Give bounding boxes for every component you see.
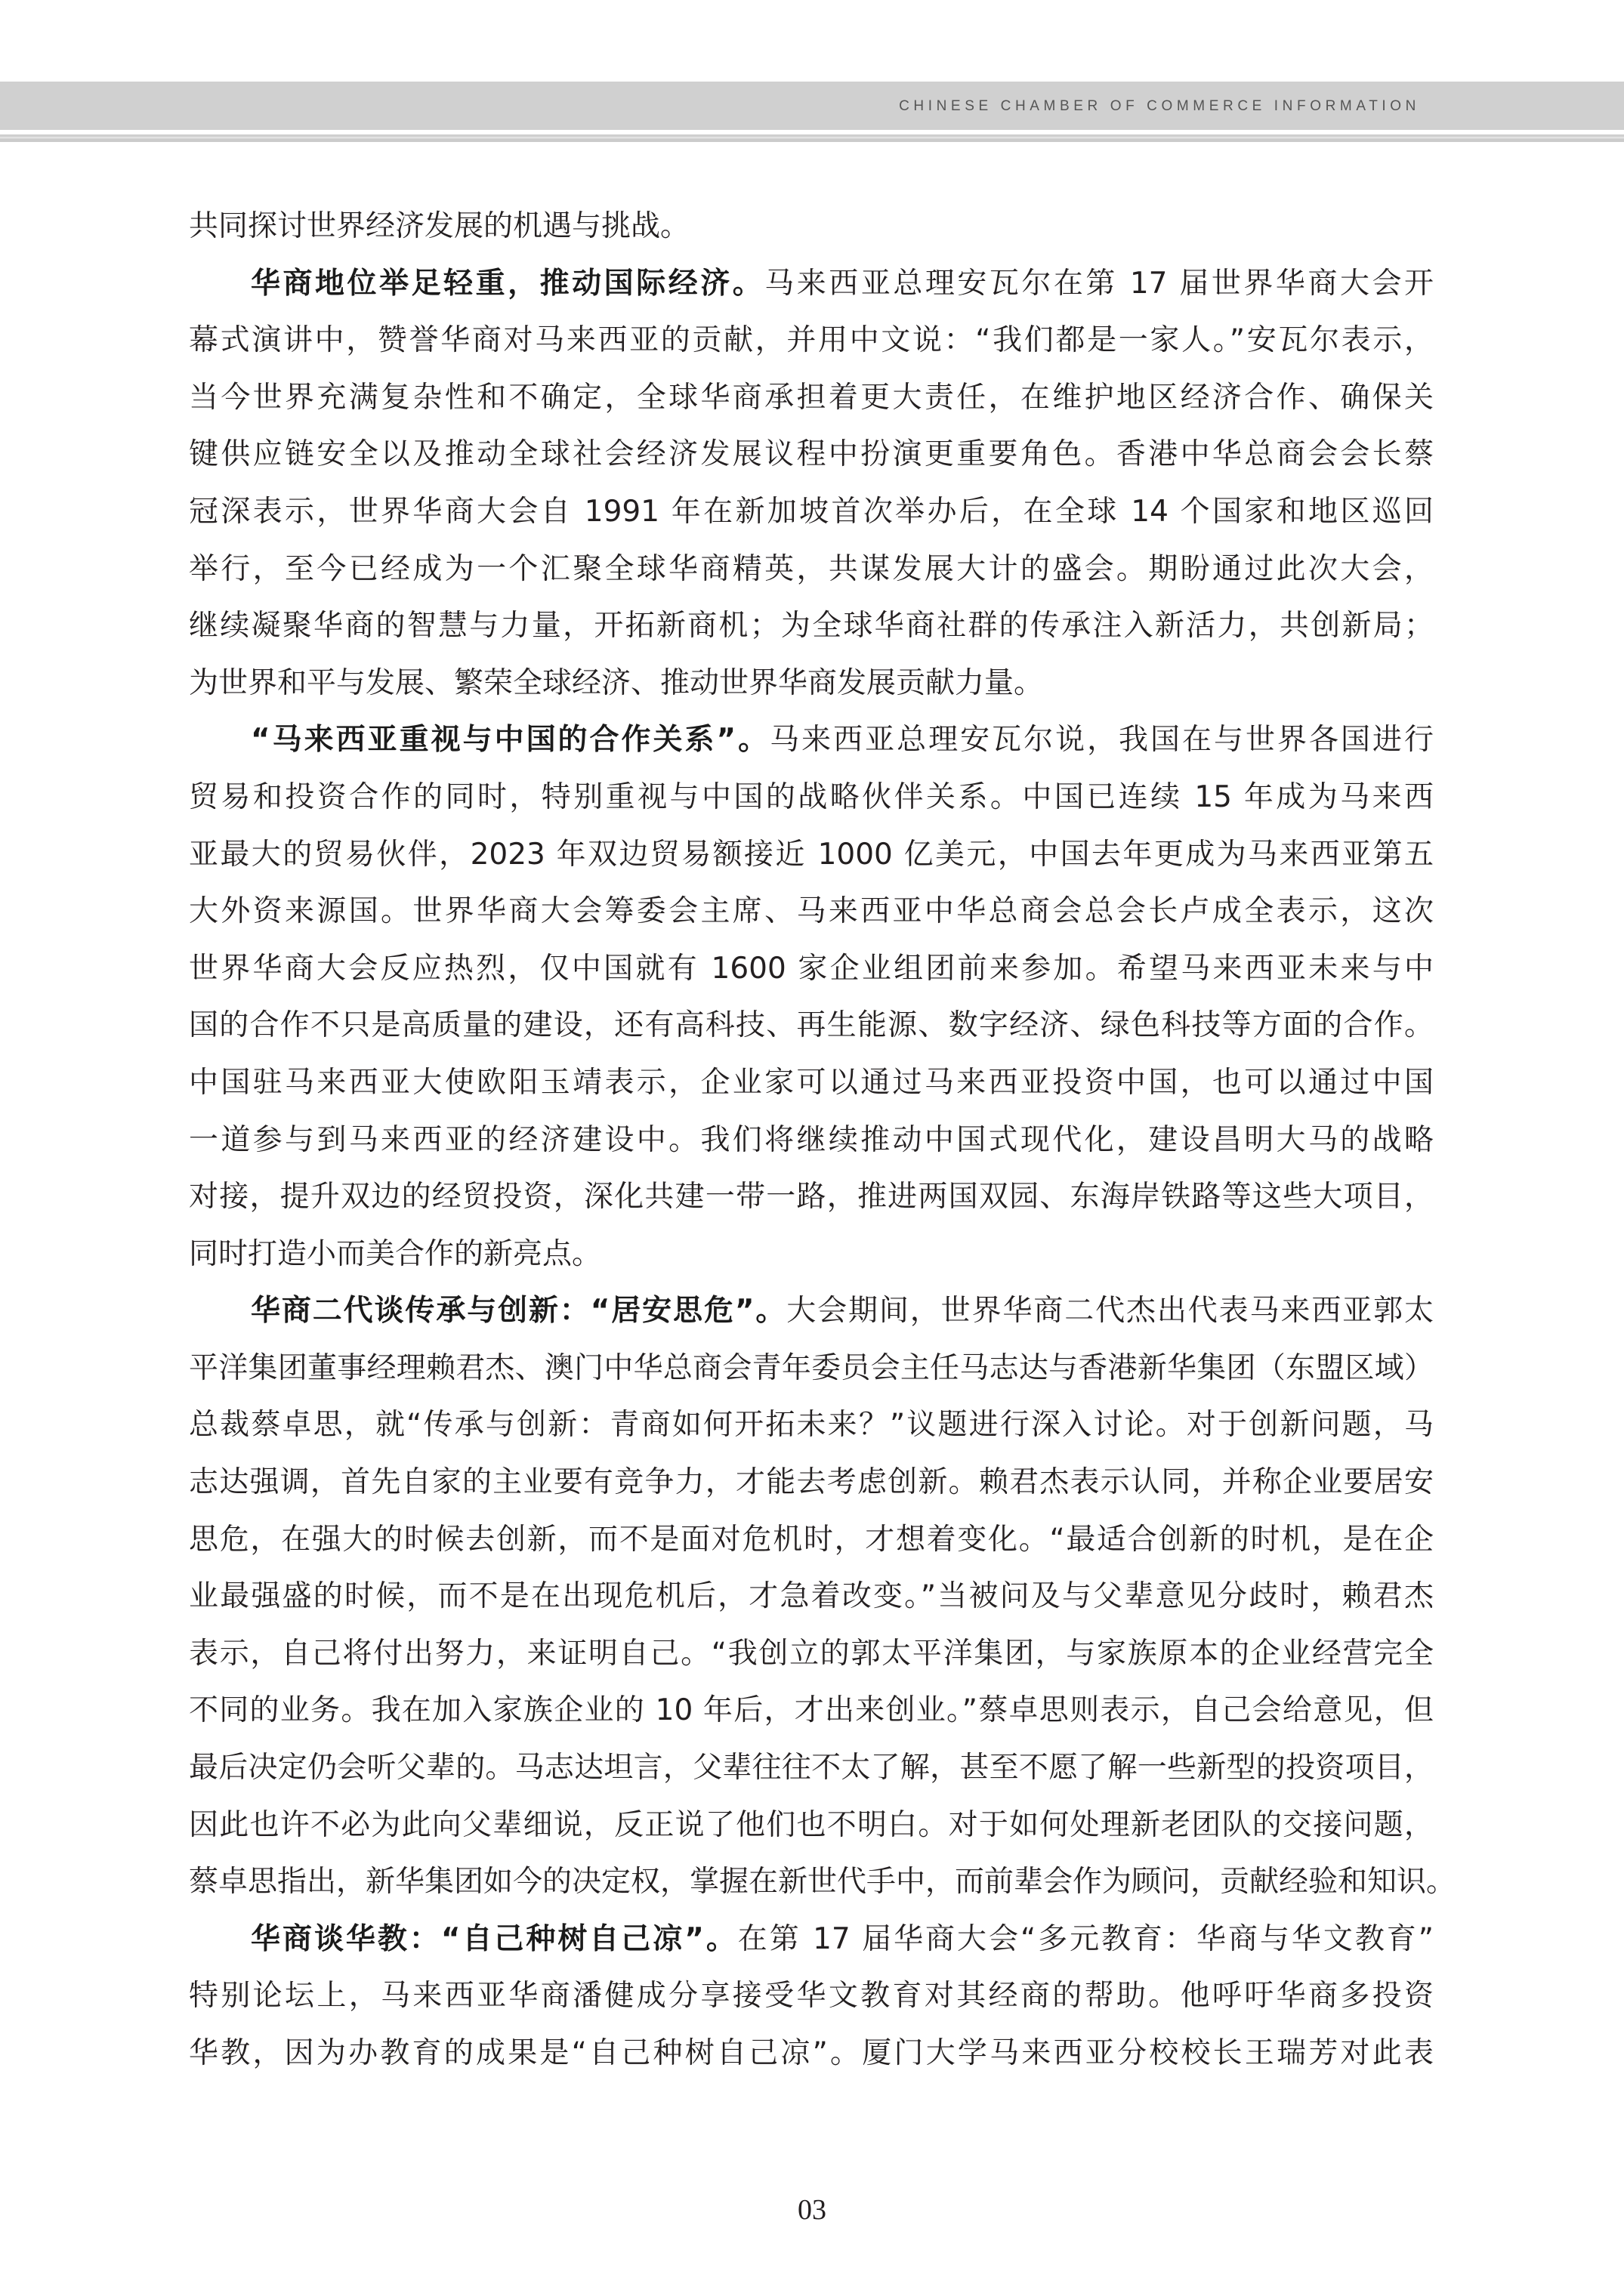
text-line: 为世界和平与发展、繁荣全球经济、推动世界华商发展贡献力量。 bbox=[189, 655, 1434, 712]
paragraph-lead-heading: “马来西亚重视与中国的合作关系”。 bbox=[251, 723, 770, 757]
text-line: 中国驻马来西亚大使欧阳玉靖表示，企业家可以通过马来西亚投资中国，也可以通过中国 bbox=[189, 1054, 1434, 1112]
article-body: 共同探讨世界经济发展的机遇与挑战。 华商地位举足轻重，推动国际经济。马来西亚总理… bbox=[189, 198, 1434, 2082]
text-line: 因此也许不必为此向父辈细说，反正说了他们也不明白。对于如何处理新老团队的交接问题… bbox=[189, 1797, 1434, 1854]
text-line: 举行，至今已经成为一个汇聚全球华商精英，共谋发展大计的盛会。期盼通过此次大会， bbox=[189, 541, 1434, 598]
text-line: 总裁蔡卓思，就“传承与创新：青商如何开拓未来？”议题进行深入讨论。对于创新问题，… bbox=[189, 1396, 1434, 1454]
text-line: 同时打造小而美合作的新亮点。 bbox=[189, 1226, 1434, 1283]
page-number: 03 bbox=[0, 2193, 1624, 2227]
text-line: 表示，自己将付出努力，来证明自己。“我创立的郭太平洋集团，与家族原本的企业经营完… bbox=[189, 1625, 1434, 1683]
text-line: 键供应链安全以及推动全球社会经济发展议程中扮演更重要角色。香港中华总商会会长蔡 bbox=[189, 426, 1434, 483]
header-divider bbox=[0, 134, 1624, 142]
text-line: 不同的业务。我在加入家族企业的 10 年后，才出来创业。”蔡卓思则表示，自己会给… bbox=[189, 1682, 1434, 1739]
paragraph-malaysia-china-cooperation: “马来西亚重视与中国的合作关系”。马来西亚总理安瓦尔说，我国在与世界各国进行 贸… bbox=[189, 711, 1434, 1282]
text-line: 继续凝聚华商的智慧与力量，开拓新商机；为全球华商社群的传承注入新活力，共创新局； bbox=[189, 597, 1434, 655]
paragraph-continuation: 共同探讨世界经济发展的机遇与挑战。 bbox=[189, 198, 1434, 255]
text-line: 大外资来源国。世界华商大会筹委会主席、马来西亚中华总商会总会长卢成全表示，这次 bbox=[189, 883, 1434, 940]
text-line: 当今世界充满复杂性和不确定，全球华商承担着更大责任，在维护地区经济合作、确保关 bbox=[189, 369, 1434, 427]
text-line: 业最强盛的时候，而不是在出现危机后，才急着改变。”当被问及与父辈意见分歧时，赖君… bbox=[189, 1568, 1434, 1625]
text-line: 志达强调，首先自家的主业要有竞争力，才能去考虑创新。赖君杰表示认同，并称企业要居… bbox=[189, 1454, 1434, 1511]
text-line: 思危，在强大的时候去创新，而不是面对危机时，才想着变化。“最适合创新的时机，是在… bbox=[189, 1511, 1434, 1569]
paragraph-lead-heading: 华商地位举足轻重，推动国际经济。 bbox=[251, 267, 764, 301]
paragraph-lead-heading: 华商二代谈传承与创新：“居安思危”。 bbox=[251, 1294, 786, 1328]
text-line: 平洋集团董事经理赖君杰、澳门中华总商会青年委员会主任马志达与香港新华集团（东盟区… bbox=[189, 1340, 1434, 1397]
text-line-with-lead: 华商二代谈传承与创新：“居安思危”。大会期间，世界华商二代杰出代表马来西亚郭太 bbox=[189, 1282, 1434, 1340]
text-line-with-lead: “马来西亚重视与中国的合作关系”。马来西亚总理安瓦尔说，我国在与世界各国进行 bbox=[189, 711, 1434, 769]
publication-title: CHINESE CHAMBER OF COMMERCE INFORMATION bbox=[899, 98, 1420, 115]
text-line: 共同探讨世界经济发展的机遇与挑战。 bbox=[189, 198, 1434, 255]
text-line: 一道参与到马来西亚的经济建设中。我们将继续推动中国式现代化，建设昌明大马的战略 bbox=[189, 1112, 1434, 1169]
text-line: 国的合作不只是高质量的建设，还有高科技、再生能源、数字经济、绿色科技等方面的合作… bbox=[189, 997, 1434, 1054]
text-line: 马来西亚总理安瓦尔说，我国在与世界各国进行 bbox=[770, 723, 1434, 757]
paragraph-lead-heading: 华商谈华教：“自己种树自己凉”。 bbox=[251, 1922, 738, 1956]
text-line: 世界华商大会反应热烈，仅中国就有 1600 家企业组团前来参加。希望马来西亚未来… bbox=[189, 940, 1434, 998]
text-line: 亚最大的贸易伙伴，2023 年双边贸易额接近 1000 亿美元，中国去年更成为马… bbox=[189, 826, 1434, 884]
paragraph-huashang-status: 华商地位举足轻重，推动国际经济。马来西亚总理安瓦尔在第 17 届世界华商大会开 … bbox=[189, 255, 1434, 712]
text-line: 马来西亚总理安瓦尔在第 17 届世界华商大会开 bbox=[764, 267, 1434, 301]
text-line: 在第 17 届华商大会“多元教育：华商与华文教育” bbox=[738, 1922, 1434, 1956]
text-line-with-lead: 华商谈华教：“自己种树自己凉”。在第 17 届华商大会“多元教育：华商与华文教育… bbox=[189, 1911, 1434, 1968]
text-line: 对接，提升双边的经贸投资，深化共建一带一路，推进两国双园、东海岸铁路等这些大项目… bbox=[189, 1168, 1434, 1226]
text-line: 最后决定仍会听父辈的。马志达坦言，父辈往往不太了解，甚至不愿了解一些新型的投资项… bbox=[189, 1739, 1434, 1797]
text-line: 蔡卓思指出，新华集团如今的决定权，掌握在新世代手中，而前辈会作为顾问，贡献经验和… bbox=[189, 1853, 1434, 1911]
text-line: 特别论坛上，马来西亚华商潘健成分享接受华文教育对其经商的帮助。他呼吁华商多投资 bbox=[189, 1967, 1434, 2025]
text-line-with-lead: 华商地位举足轻重，推动国际经济。马来西亚总理安瓦尔在第 17 届世界华商大会开 bbox=[189, 255, 1434, 313]
text-line: 幕式演讲中，赞誉华商对马来西亚的贡献，并用中文说：“我们都是一家人。”安瓦尔表示… bbox=[189, 312, 1434, 369]
paragraph-second-generation: 华商二代谈传承与创新：“居安思危”。大会期间，世界华商二代杰出代表马来西亚郭太 … bbox=[189, 1282, 1434, 1911]
text-line: 冠深表示，世界华商大会自 1991 年在新加坡首次举办后，在全球 14 个国家和… bbox=[189, 483, 1434, 541]
text-line: 华教，因为办教育的成果是“自己种树自己凉”。厦门大学马来西亚分校校长王瑞芳对此表 bbox=[189, 2025, 1434, 2082]
text-line: 贸易和投资合作的同时，特别重视与中国的战略伙伴关系。中国已连续 15 年成为马来… bbox=[189, 769, 1434, 826]
paragraph-chinese-education: 华商谈华教：“自己种树自己凉”。在第 17 届华商大会“多元教育：华商与华文教育… bbox=[189, 1911, 1434, 2082]
text-line: 大会期间，世界华商二代杰出代表马来西亚郭太 bbox=[786, 1294, 1434, 1328]
